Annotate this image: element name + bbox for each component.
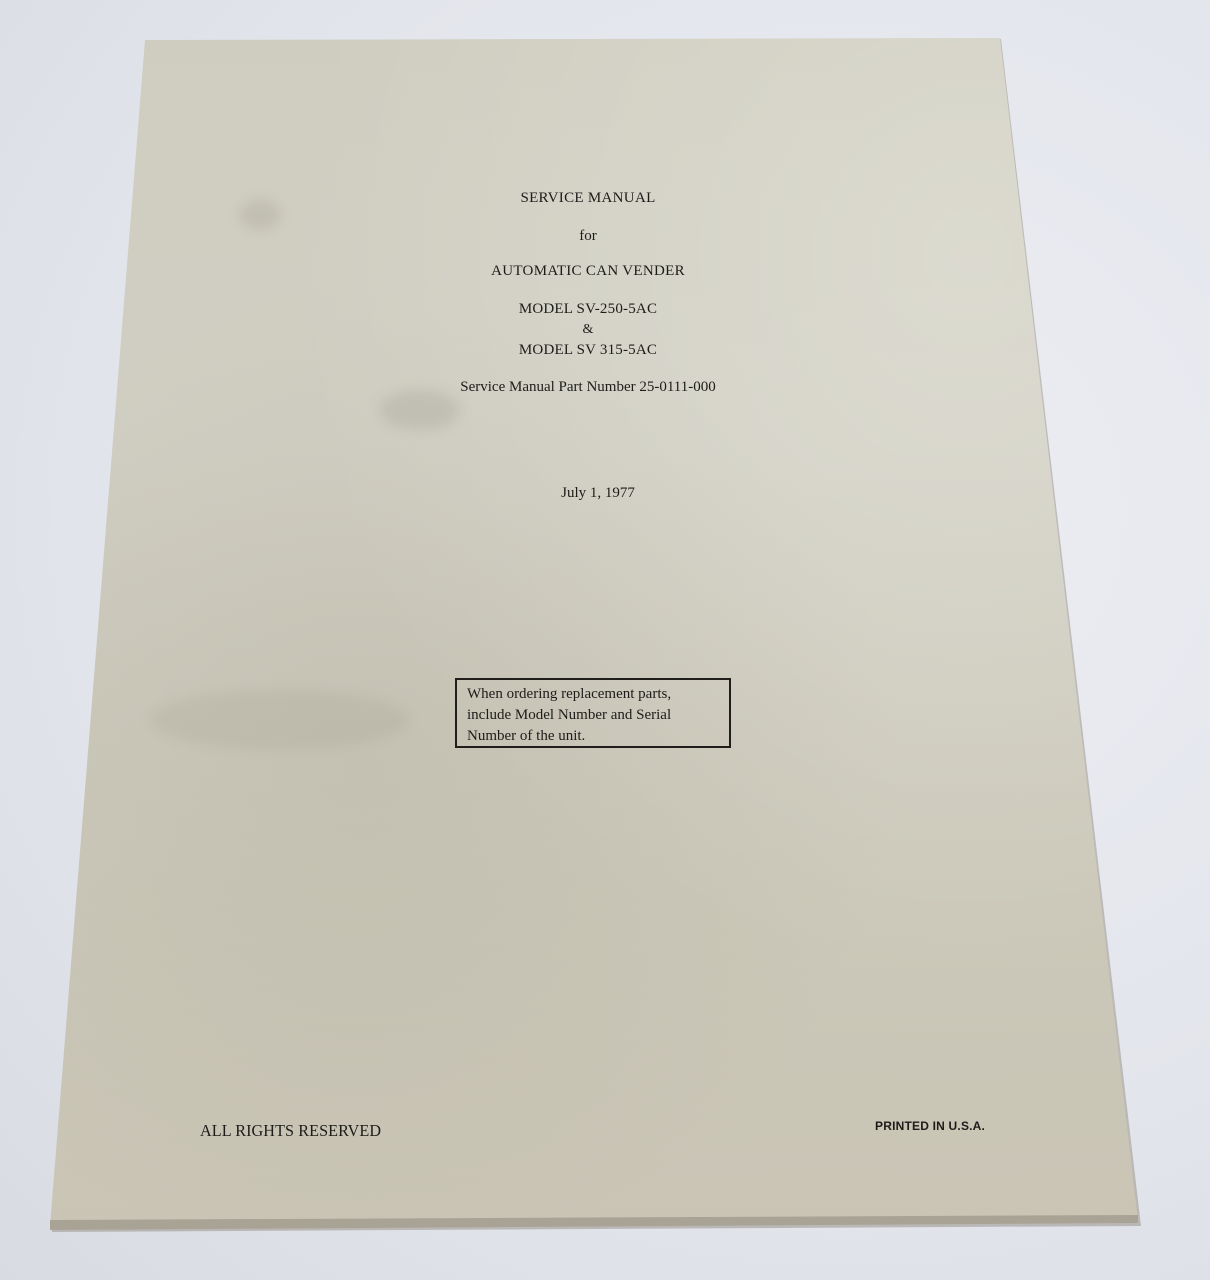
model-number-1: MODEL SV-250-5AC bbox=[519, 301, 657, 318]
stain-mark bbox=[240, 200, 280, 230]
manual-title: SERVICE MANUAL bbox=[520, 190, 655, 207]
notice-line: include Model Number and Serial bbox=[467, 705, 719, 726]
for-text: for bbox=[579, 228, 597, 245]
all-rights-reserved: ALL RIGHTS RESERVED bbox=[200, 1121, 381, 1141]
part-number-line: Service Manual Part Number 25-0111-000 bbox=[460, 379, 716, 396]
notice-line: Number of the unit. bbox=[467, 726, 719, 747]
publication-date: July 1, 1977 bbox=[561, 485, 635, 502]
model-number-2: MODEL SV 315-5AC bbox=[519, 342, 657, 359]
stain-mark bbox=[150, 690, 410, 750]
notice-line: When ordering replacement parts, bbox=[467, 684, 719, 705]
ampersand: & bbox=[583, 322, 594, 338]
stain-mark bbox=[380, 390, 460, 430]
ordering-notice-box: When ordering replacement parts, include… bbox=[455, 678, 731, 748]
product-subtitle: AUTOMATIC CAN VENDER bbox=[491, 263, 685, 280]
printed-in-usa: PRINTED IN U.S.A. bbox=[875, 1119, 985, 1133]
